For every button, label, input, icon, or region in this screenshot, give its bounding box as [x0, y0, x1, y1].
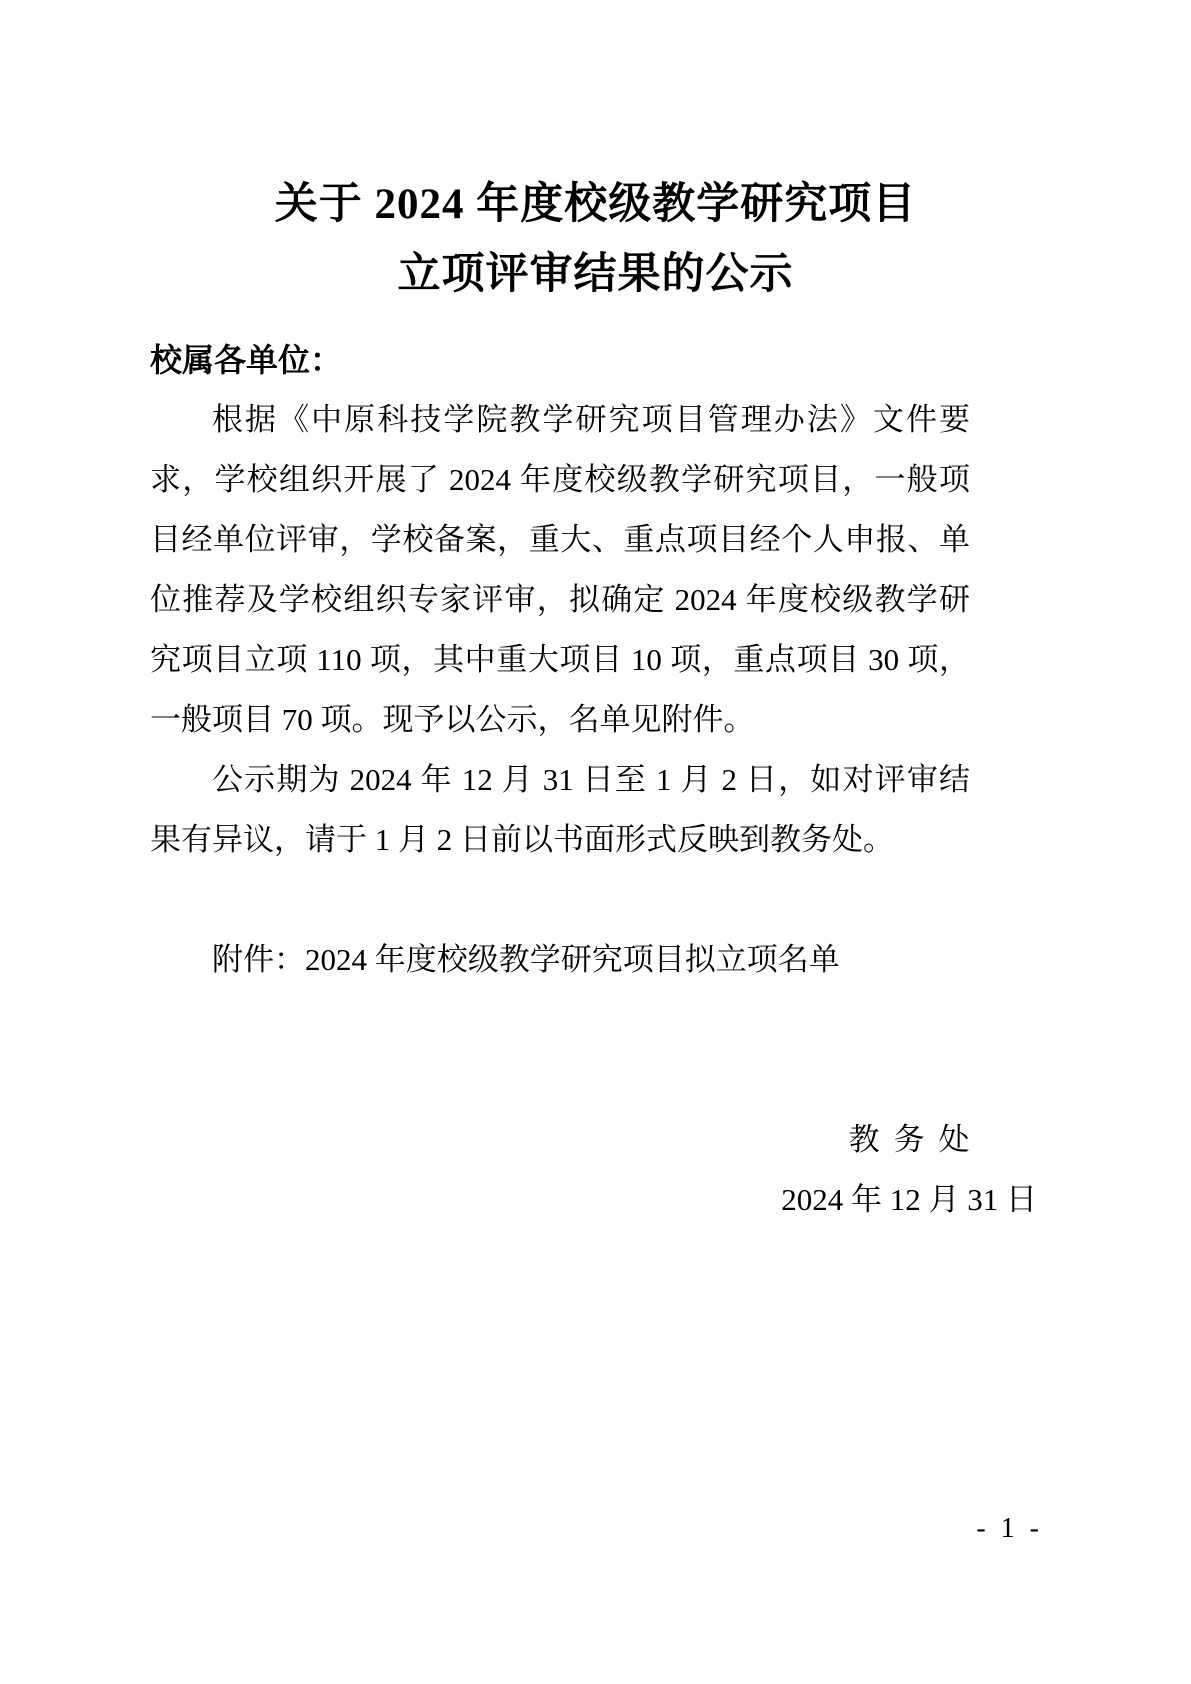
paragraph-publicity-period: 公示期为 2024 年 12 月 31 日至 1 月 2 日，如对评审结果有异议…	[150, 750, 970, 870]
signature-block: 教务处 2024 年 12 月 31 日	[781, 1110, 1037, 1230]
signer-name: 教务处	[781, 1110, 1037, 1170]
document-title: 关于 2024 年度校级教学研究项目 立项评审结果的公示	[0, 170, 1191, 310]
paragraph-review-process: 根据《中原科技学院教学研究项目管理办法》文件要求，学校组织开展了 2024 年度…	[150, 390, 970, 750]
title-line-2: 立项评审结果的公示	[0, 240, 1191, 310]
attachment-line: 附件：2024 年度校级教学研究项目拟立项名单	[150, 930, 970, 990]
signature-date: 2024 年 12 月 31 日	[781, 1170, 1037, 1230]
salutation: 校属各单位：	[150, 330, 970, 390]
page-number: - 1 -	[976, 1513, 1043, 1545]
document-page: 关于 2024 年度校级教学研究项目 立项评审结果的公示 校属各单位： 根据《中…	[0, 0, 1191, 1684]
title-line-1: 关于 2024 年度校级教学研究项目	[0, 170, 1191, 240]
